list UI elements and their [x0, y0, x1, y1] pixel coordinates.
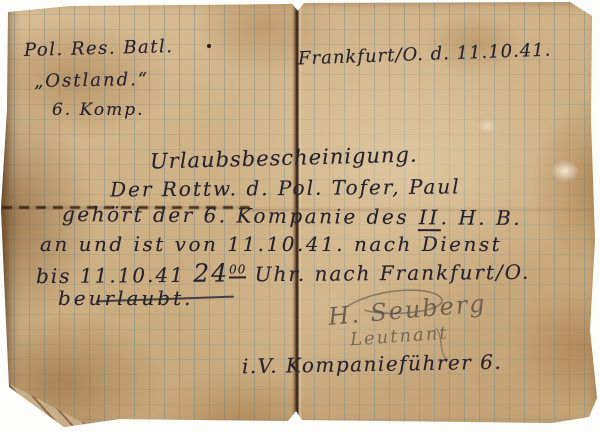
paper-scuff [474, 116, 500, 136]
body-line-4-post: Uhr. nach Frankfurt/O. [246, 260, 530, 286]
ink-dot [207, 44, 211, 48]
dog-ear-corner [7, 371, 95, 429]
body-line-4: bis 11.10.41 2400 Uhr. nach Frankfurt/O. [36, 256, 531, 289]
unit-line-1: Pol. Res. Batl. [24, 36, 174, 61]
document-title: Urlaubsbescheinigung. [150, 143, 418, 174]
body-line-2: gehört der 6. Kompanie des II. H. B. [62, 202, 522, 230]
place-date-line: Frankfurt/O. d. 11.10.41. [298, 40, 552, 70]
body-line-3: an und ist von 11.10.41. nach Dienst [40, 232, 502, 256]
body-line-2-post: . H. B. [441, 205, 523, 230]
paper-scuff [546, 156, 584, 186]
body-line-1: Der Rottw. d. Pol. Tofer, Paul [110, 174, 461, 201]
body-line-5: beurlaubt. [58, 286, 193, 310]
body-line-2-pre: gehört der 6. Kompanie des [62, 202, 418, 229]
unit-line-3: 6. Komp. [52, 100, 145, 120]
time-24: 24 [193, 258, 229, 287]
time-superscript: 00 [229, 263, 246, 279]
paper-sheet: Pol. Res. Batl. „Ostland.“ 6. Komp. Fran… [0, 0, 600, 434]
battalion-roman-numeral: II [418, 205, 441, 231]
body-line-4-pre: bis 11.10.41 [36, 263, 193, 288]
scanned-leave-certificate: Pol. Res. Batl. „Ostland.“ 6. Komp. Fran… [0, 0, 600, 434]
unit-line-2: „Ostland.“ [34, 69, 149, 92]
footer-capacity-line: i.V. Kompanieführer 6. [242, 350, 503, 379]
